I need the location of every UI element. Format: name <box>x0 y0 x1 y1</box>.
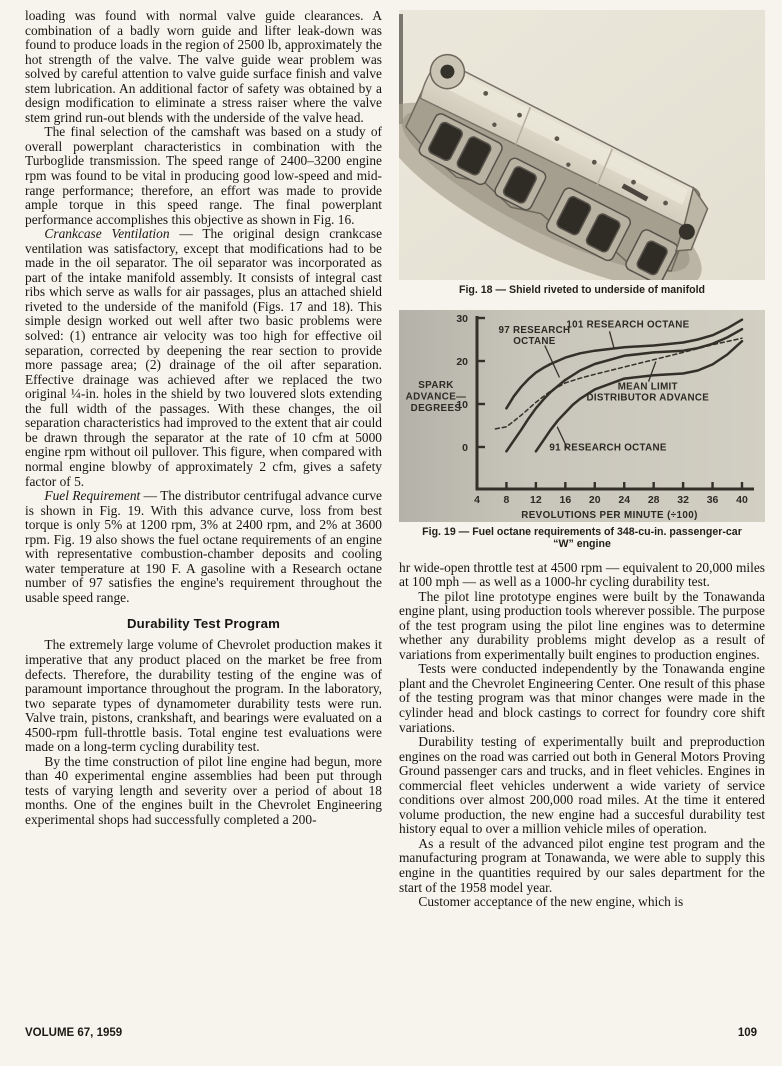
paragraph: Tests were conducted independently by th… <box>399 662 765 735</box>
paragraph: The final selection of the camshaft was … <box>25 125 382 227</box>
fig18-caption: Fig. 18 — Shield riveted to underside of… <box>411 284 753 297</box>
svg-text:97 RESEARCH: 97 RESEARCH <box>498 325 570 336</box>
paragraph: By the time construction of pilot line e… <box>25 755 382 828</box>
svg-text:4: 4 <box>474 494 480 506</box>
paragraph: hr wide-open throttle test at 4500 rpm —… <box>399 561 765 590</box>
svg-text:SPARK: SPARK <box>418 380 454 391</box>
svg-text:DISTRIBUTOR ADVANCE: DISTRIBUTOR ADVANCE <box>587 392 710 403</box>
fig19-chart: 4812162024283236400102030REVOLUTIONS PER… <box>399 310 765 551</box>
paragraph: loading was found with normal valve guid… <box>25 9 382 125</box>
svg-text:40: 40 <box>736 494 748 506</box>
section-heading: Durability Test Program <box>25 616 382 631</box>
paragraph-text: Customer acceptance of the new engine, w… <box>418 894 683 909</box>
fig18-manifold-photo <box>399 10 765 280</box>
svg-text:36: 36 <box>707 494 719 506</box>
paragraph-text: — The distributor centrifugal advance cu… <box>25 488 382 605</box>
paragraph-lead-italic: Fuel Requirement <box>44 488 140 503</box>
svg-text:28: 28 <box>648 494 660 506</box>
paragraph: Crankcase Ventilation — The original des… <box>25 227 382 489</box>
right-column: Fig. 18 — Shield riveted to underside of… <box>399 9 765 910</box>
paragraph: Customer acceptance of the new engine, w… <box>399 895 765 910</box>
paragraph-text: Tests were conducted independently by th… <box>399 661 765 734</box>
svg-text:0: 0 <box>462 442 468 454</box>
svg-text:ADVANCE—: ADVANCE— <box>406 391 467 402</box>
paragraph-text: The extremely large volume of Chevrolet … <box>25 637 382 754</box>
svg-text:8: 8 <box>504 494 510 506</box>
paragraph-text: The final selection of the camshaft was … <box>25 124 382 226</box>
svg-text:16: 16 <box>559 494 571 506</box>
paragraph: The extremely large volume of Chevrolet … <box>25 638 382 754</box>
paragraph-text: hr wide-open throttle test at 4500 rpm —… <box>399 560 765 590</box>
svg-text:20: 20 <box>589 494 601 506</box>
left-column: loading was found with normal valve guid… <box>25 9 382 828</box>
fig19-caption: Fig. 19 — Fuel octane requirements of 34… <box>411 526 753 551</box>
document-page: loading was found with normal valve guid… <box>0 0 782 1066</box>
paragraph-text: The pilot line prototype engines were bu… <box>399 589 765 662</box>
svg-text:101 RESEARCH OCTANE: 101 RESEARCH OCTANE <box>566 319 689 330</box>
paragraph-text: As a result of the advanced pilot engine… <box>399 836 765 895</box>
svg-text:OCTANE: OCTANE <box>513 336 556 347</box>
paragraph-lead-italic: Crankcase Ventilation <box>44 226 169 241</box>
fig19-chart-svg: 4812162024283236400102030REVOLUTIONS PER… <box>399 310 765 522</box>
svg-text:30: 30 <box>456 313 468 325</box>
svg-text:24: 24 <box>618 494 630 506</box>
svg-text:12: 12 <box>530 494 542 506</box>
svg-text:20: 20 <box>456 356 468 368</box>
paragraph: The pilot line prototype engines were bu… <box>399 590 765 663</box>
footer-volume-label: VOLUME 67, 1959 <box>25 1027 122 1039</box>
paragraph: Durability testing of experimentally bui… <box>399 735 765 837</box>
svg-text:91 RESEARCH OCTANE: 91 RESEARCH OCTANE <box>549 442 667 453</box>
footer-page-number: 109 <box>738 1027 757 1039</box>
paragraph: Fuel Requirement — The distributor centr… <box>25 489 382 605</box>
paragraph-text: Durability testing of experimentally bui… <box>399 734 765 836</box>
svg-text:DEGREES: DEGREES <box>411 403 462 414</box>
svg-text:32: 32 <box>677 494 689 506</box>
right-column-text: hr wide-open throttle test at 4500 rpm —… <box>399 561 765 910</box>
paragraph-text: loading was found with normal valve guid… <box>25 8 382 125</box>
svg-text:REVOLUTIONS PER MINUTE (÷100): REVOLUTIONS PER MINUTE (÷100) <box>521 510 697 521</box>
paragraph-text: By the time construction of pilot line e… <box>25 754 382 827</box>
paragraph: As a result of the advanced pilot engine… <box>399 837 765 895</box>
paragraph-text: — The original design crankcase ventilat… <box>25 226 382 488</box>
svg-text:MEAN LIMIT: MEAN LIMIT <box>618 381 678 392</box>
